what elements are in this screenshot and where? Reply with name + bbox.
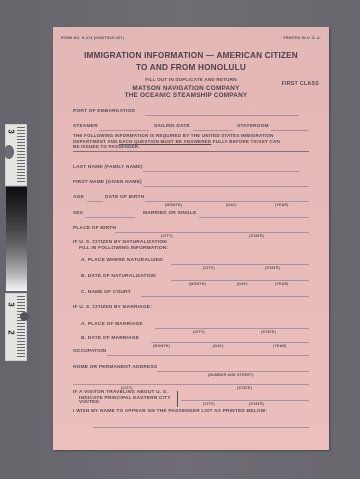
address-label: HOME OR PERMANENT ADDRESS	[73, 365, 157, 370]
state-hint: (STATE)	[265, 266, 280, 270]
steamer-label: STEAMER	[73, 124, 98, 129]
naturalization-subheader: FILL IN FOLLOWING INFORMATION:	[79, 246, 168, 251]
naturalization-place-field[interactable]	[171, 264, 309, 265]
birthplace-label: PLACE OF BIRTH	[73, 226, 116, 231]
first-name-field[interactable]	[143, 186, 309, 187]
port-label: PORT OF EMBARKATION	[73, 109, 135, 114]
sex-field[interactable]	[85, 217, 135, 218]
occupation-label: OCCUPATION	[73, 349, 107, 354]
sailing-date-label: SAILING DATE	[154, 124, 190, 129]
occupation-field[interactable]	[107, 355, 309, 356]
ruler-notch	[20, 312, 29, 321]
age-label: AGE	[73, 195, 84, 200]
passenger-list-label: I WISH MY NAME TO APPEAR ON THE PASSENGE…	[73, 409, 267, 414]
scan-background: 3 3 2 FORM NO. H-274 (S000TSCS-367) PRIN…	[0, 0, 360, 479]
stateroom-label: STATEROOM	[237, 124, 269, 129]
marriage-date-field[interactable]	[151, 342, 309, 343]
city-hint: (CITY)	[203, 402, 215, 406]
city-hint: (CITY)	[193, 330, 205, 334]
immigration-form: FORM NO. H-274 (S000TSCS-367) PRINTED IN…	[53, 27, 329, 450]
sailing-date-field[interactable]	[193, 130, 233, 131]
court-name-field[interactable]	[141, 296, 309, 297]
year-hint: (YEAR)	[275, 203, 289, 207]
naturalization-place-label: A. PLACE WHERE NATURALIZED	[81, 258, 163, 263]
ruler-ticks	[17, 127, 25, 183]
age-field[interactable]	[87, 201, 103, 202]
marriage-date-label: B. DATE OF MARRIAGE	[81, 336, 139, 341]
year-hint: (YEAR)	[275, 282, 289, 286]
bracket	[177, 391, 178, 407]
ruler-notch	[4, 145, 14, 159]
number-street-hint: (NUMBER AND STREET)	[208, 373, 254, 377]
ruler-ticks	[17, 296, 25, 358]
month-hint: (MONTH)	[153, 344, 170, 348]
city-hint: (CITY)	[203, 266, 215, 270]
month-hint: (MONTH)	[189, 282, 206, 286]
printed-in: PRINTED IN U. S. A.	[283, 36, 321, 40]
eastern-city-field[interactable]	[181, 400, 309, 401]
ruler-number: 3	[7, 129, 16, 133]
day-hint: (DAY)	[226, 203, 237, 207]
city-hint: (CITY)	[161, 234, 173, 238]
notice-line2: DEPARTMENT AND EACH QUESTION MUST BE ANS…	[73, 139, 280, 144]
birthplace-field[interactable]	[115, 232, 309, 233]
section-divider	[73, 151, 309, 152]
state-hint: (STATE)	[249, 402, 264, 406]
form-number: FORM NO. H-274 (S000TSCS-367)	[61, 36, 124, 40]
naturalization-header: IF U. S. CITIZEN BY NATURALIZATION	[73, 240, 167, 245]
measuring-ruler-bottom: 3 2	[5, 293, 27, 361]
state-hint: (STATE)	[249, 234, 264, 238]
measuring-ruler-top: 3	[5, 124, 27, 186]
address-field[interactable]	[157, 371, 309, 372]
dob-field[interactable]	[145, 201, 309, 202]
passenger-list-name-field[interactable]	[93, 427, 309, 428]
court-name-label: C. NAME OF COURT	[81, 290, 131, 295]
first-name-label: FIRST NAME (GIVEN NAME)	[73, 180, 142, 185]
company-name-1: MATSON NAVIGATION COMPANY	[53, 85, 319, 92]
marriage-place-label: A. PLACE OF MARRIAGE	[81, 322, 143, 327]
port-field[interactable]	[145, 115, 299, 116]
company-name-2: THE OCEANIC STEAMSHIP COMPANY	[53, 92, 319, 99]
visitor-label-line3: VISITED.	[79, 400, 101, 405]
steamer-field[interactable]	[99, 130, 149, 131]
last-name-label: LAST NAME (FAMILY NAME)	[73, 165, 143, 170]
state-hint: (STATE)	[261, 330, 276, 334]
state-hint: (STATE)	[237, 386, 252, 390]
form-title-line1: IMMIGRATION INFORMATION — AMERICAN CITIZ…	[53, 51, 329, 60]
married-field[interactable]	[199, 217, 309, 218]
grayscale-calibration-strip	[6, 187, 27, 291]
notice-line3: BE ISSUED TO PASSENGER.	[73, 144, 140, 149]
sex-label: SEX	[73, 211, 83, 216]
ruler-number: 3	[7, 302, 16, 306]
marriage-header: IF U. S. CITIZEN BY MARRIAGE:	[73, 305, 152, 310]
notice-line1: THE FOLLOWING INFORMATION IS REQUIRED BY…	[73, 133, 274, 138]
day-hint: (DAY)	[237, 282, 248, 286]
marriage-place-field[interactable]	[155, 328, 309, 329]
year-hint: (YEAR)	[273, 344, 287, 348]
month-hint: (MONTH)	[165, 203, 182, 207]
address-city-field[interactable]	[73, 384, 309, 385]
ruler-number: 2	[7, 330, 16, 334]
form-title-line2: TO AND FROM HONOLULU	[53, 63, 329, 72]
married-label: MARRIED OR SINGLE	[143, 211, 197, 216]
stateroom-field[interactable]	[271, 130, 309, 131]
day-hint: (DAY)	[213, 344, 224, 348]
naturalization-date-label: B. DATE OF NATURALIZATION	[81, 274, 156, 279]
naturalization-date-field[interactable]	[171, 280, 309, 281]
dob-label: DATE OF BIRTH	[105, 195, 144, 200]
last-name-field[interactable]	[143, 171, 299, 172]
